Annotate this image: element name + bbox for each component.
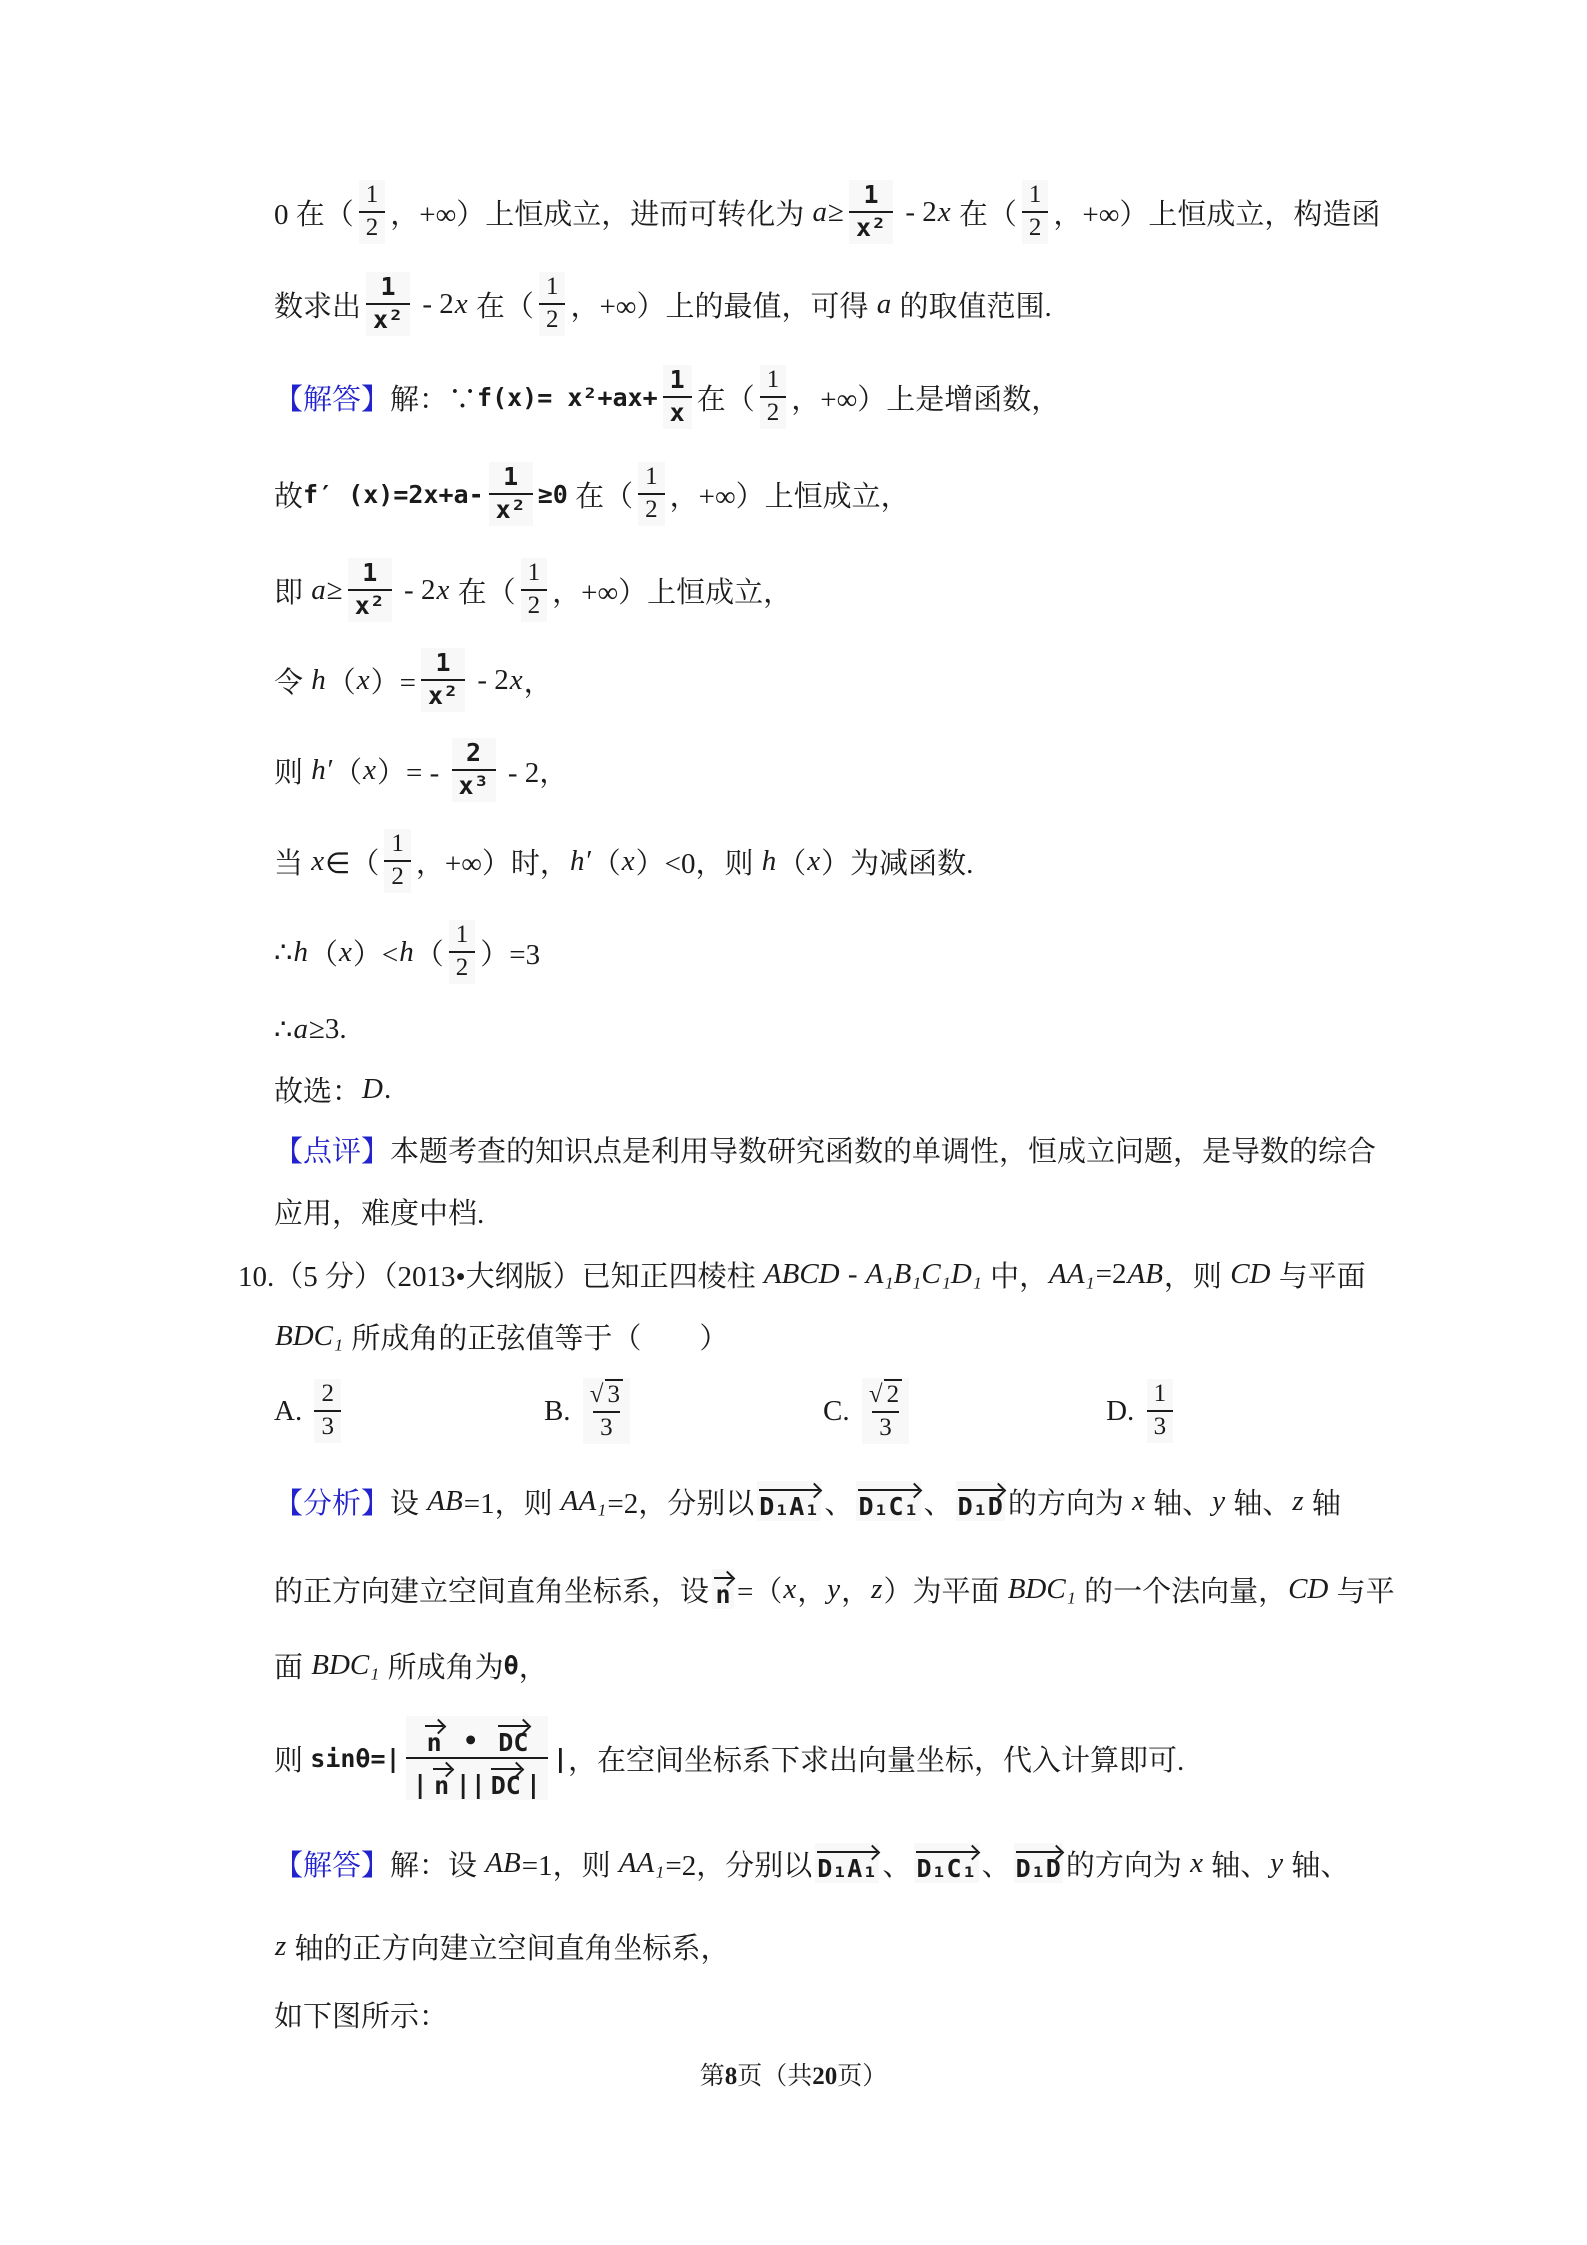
text-run: A. bbox=[274, 1395, 309, 1428]
fraction-denominator: 3 bbox=[593, 1411, 620, 1444]
math-variable: CD bbox=[1229, 1258, 1271, 1291]
vector-notation: DC bbox=[489, 1760, 523, 1799]
fraction-numerator: 1 bbox=[359, 180, 386, 211]
fraction-numerator: 1 bbox=[496, 462, 525, 493]
fraction-denominator: 2 bbox=[760, 396, 787, 429]
define-h-line: 令 h（x）=1x² - 2x， bbox=[274, 636, 1454, 724]
text-run: 的方向为 bbox=[1066, 1843, 1189, 1884]
fraction-denominator: x bbox=[663, 396, 692, 429]
text-run: （ bbox=[415, 932, 444, 973]
math-fraction: 1x² bbox=[421, 648, 465, 712]
math-variable: x bbox=[806, 845, 821, 878]
math-variable: z bbox=[870, 1573, 883, 1606]
vector-name: D₁A₁ bbox=[815, 1856, 879, 1882]
math-variable: CD bbox=[1287, 1573, 1329, 1606]
math-variable: h bbox=[398, 936, 415, 969]
h-derivative-line: 则 h′（x）= - 2x³ - 2， bbox=[274, 724, 1454, 816]
radical-icon: √ bbox=[869, 1381, 883, 1410]
radicand: 2 bbox=[884, 1379, 903, 1410]
text-run: （ bbox=[777, 841, 806, 882]
math-fraction: 1x bbox=[663, 365, 692, 429]
text-run: 应用，难度中档. bbox=[274, 1191, 484, 1232]
text-run: ）= bbox=[371, 660, 416, 701]
text-run: 故选： bbox=[274, 1069, 361, 1110]
text-run: ， bbox=[797, 1569, 826, 1610]
math-fraction: 12 bbox=[1022, 180, 1049, 244]
text-run: ，则 bbox=[1164, 1254, 1229, 1295]
text-run: 中， bbox=[983, 1254, 1048, 1295]
math-variable: AB bbox=[426, 1485, 463, 1518]
vector-arrow-icon bbox=[815, 1843, 879, 1856]
math-variable: x bbox=[454, 288, 469, 321]
formula-text: f(x)= x²+ax+ bbox=[477, 383, 658, 412]
vector-notation: n bbox=[431, 1760, 453, 1799]
text-run: . bbox=[384, 1073, 391, 1106]
vector-notation: D₁A₁ bbox=[757, 1481, 821, 1520]
text-run: ，+∞）上的最值，可得 bbox=[570, 284, 875, 325]
fraction-numerator: 1 bbox=[1147, 1379, 1174, 1410]
text-run: ）= - bbox=[377, 750, 447, 791]
vector-name: D₁D bbox=[956, 1494, 1005, 1520]
fraction-numerator: 1 bbox=[539, 272, 566, 303]
question-10-stem-2: BDC₁ 所成角的正弦值等于（ ） bbox=[274, 1306, 1454, 1366]
text-run: ，+∞）上恒成立，进而可转化为 bbox=[390, 192, 811, 233]
text-run: 在（ bbox=[952, 192, 1017, 233]
analysis-continuation-line-2: 面 BDC₁ 所成角为θ， bbox=[274, 1632, 1454, 1698]
text-run: 设 bbox=[390, 1481, 426, 1522]
vector-notation: DC bbox=[496, 1717, 530, 1756]
text-run: 如下图所示： bbox=[274, 1994, 448, 2035]
text-run: ∴ bbox=[274, 935, 292, 970]
math-variable: AA₁ bbox=[560, 1485, 608, 1518]
solution-continuation-line-2: 数求出1x² - 2x 在（12，+∞）上的最值，可得 a 的取值范围. bbox=[274, 258, 1454, 350]
math-variable: y bbox=[1269, 1847, 1284, 1880]
vector-arrow-icon bbox=[1014, 1843, 1063, 1856]
math-variable: AB bbox=[484, 1847, 521, 1880]
text-run: 数求出 bbox=[274, 284, 361, 325]
fraction-denominator: 2 bbox=[384, 860, 411, 893]
fraction-denominator: 2 bbox=[449, 951, 476, 984]
radicand: 3 bbox=[605, 1379, 624, 1410]
text-run: - 2， bbox=[501, 750, 569, 791]
inequality-line: 即 a≥1x² - 2x 在（12，+∞）上恒成立， bbox=[274, 544, 1454, 636]
derivative-condition-line: 故f′ (x)=2x+a-1x²≥0 在（12，+∞）上恒成立， bbox=[274, 444, 1454, 544]
formula-text: sinθ=| bbox=[310, 1744, 400, 1773]
solve-continuation-line: z 轴的正方向建立空间直角坐标系， bbox=[274, 1908, 1454, 1984]
math-fraction: √23 bbox=[862, 1378, 909, 1444]
section-label: 【分析】 bbox=[274, 1481, 390, 1522]
math-fraction: 13 bbox=[1147, 1379, 1174, 1443]
text-run: ∈（ bbox=[325, 841, 379, 882]
text-run: 则 bbox=[274, 750, 310, 791]
fraction-denominator: x² bbox=[849, 211, 893, 244]
vector-name: DC bbox=[496, 1730, 530, 1756]
fraction-numerator: 1 bbox=[521, 558, 548, 589]
text-run: ≥3. bbox=[309, 1013, 347, 1046]
math-fraction: 12 bbox=[359, 180, 386, 244]
text-run: （ bbox=[592, 841, 621, 882]
vector-notation: D₁C₁ bbox=[856, 1481, 920, 1520]
math-variable: h′ bbox=[310, 754, 333, 787]
formula-text: • bbox=[448, 1727, 493, 1756]
fraction-denominator: x² bbox=[489, 493, 533, 526]
text-run: ）<0，则 bbox=[636, 841, 761, 882]
math-fraction: 12 bbox=[638, 462, 665, 526]
vector-notation: n bbox=[423, 1717, 445, 1756]
section-label: 【解答】 bbox=[274, 1843, 390, 1884]
vector-notation: D₁C₁ bbox=[914, 1843, 978, 1882]
math-variable: A₁B₁C₁D₁ bbox=[865, 1258, 983, 1291]
vector-name: D₁C₁ bbox=[914, 1856, 978, 1882]
math-variable: BDC₁ bbox=[1007, 1573, 1077, 1606]
footer-text-prefix: 第 bbox=[700, 2063, 725, 2090]
text-run: - 2 bbox=[898, 196, 937, 229]
fraction-denominator: x³ bbox=[452, 769, 496, 802]
fraction-numerator: 1 bbox=[374, 272, 403, 303]
math-variable: h′ bbox=[569, 845, 592, 878]
vector-arrow-icon bbox=[496, 1717, 530, 1730]
math-variable: x bbox=[509, 664, 524, 697]
fraction-denominator: x² bbox=[421, 679, 465, 712]
text-run: ， bbox=[841, 1569, 870, 1610]
text-run: =（ bbox=[737, 1569, 782, 1610]
vector-name: n bbox=[712, 1582, 734, 1608]
solution-continuation-line-1: 0 在（12，+∞）上恒成立，进而可转化为 a≥1x² - 2x 在（12，+∞… bbox=[274, 166, 1454, 258]
document-page: 0 在（12，+∞）上恒成立，进而可转化为 a≥1x² - 2x 在（12，+∞… bbox=[0, 0, 1587, 2245]
math-variable: BDC₁ bbox=[310, 1649, 380, 1682]
text-run: ）=3 bbox=[480, 932, 540, 973]
formula-text: | bbox=[526, 1771, 541, 1800]
vector-name: D₁D bbox=[1014, 1856, 1063, 1882]
text-run: 故 bbox=[274, 474, 303, 515]
footer-text-suffix: 页） bbox=[837, 2063, 887, 2090]
math-fraction: 1x² bbox=[849, 180, 893, 244]
fraction-denominator: |n||DC| bbox=[406, 1757, 548, 1800]
text-run: 轴的正方向建立空间直角坐标系， bbox=[287, 1926, 729, 1967]
math-variable: x bbox=[1131, 1485, 1146, 1518]
text-run: 令 bbox=[274, 660, 310, 701]
math-variable: h bbox=[761, 845, 778, 878]
vector-arrow-icon bbox=[423, 1717, 445, 1730]
text-run: - 2 bbox=[415, 288, 454, 321]
fraction-numerator: 1 bbox=[429, 648, 458, 679]
analysis-continuation-line: 的正方向建立空间直角坐标系，设n=（x，y，z）为平面 BDC₁ 的一个法向量，… bbox=[274, 1546, 1454, 1632]
text-run: 轴、 bbox=[1226, 1481, 1291, 1522]
fraction-denominator: 2 bbox=[359, 211, 386, 244]
text-run: （ bbox=[327, 660, 356, 701]
math-variable: ABCD bbox=[763, 1258, 841, 1291]
math-fraction: 12 bbox=[384, 829, 411, 893]
text-run: 、 bbox=[824, 1481, 853, 1522]
text-run: =2，分别以 bbox=[665, 1843, 812, 1884]
text-run: D. bbox=[1106, 1395, 1141, 1428]
vector-arrow-icon bbox=[757, 1481, 821, 1494]
fraction-denominator: 3 bbox=[314, 1410, 341, 1443]
radical-icon: √ bbox=[590, 1381, 604, 1410]
text-run: ，+∞）上恒成立， bbox=[670, 474, 910, 515]
vector-arrow-icon bbox=[956, 1481, 1005, 1494]
math-variable: a bbox=[812, 196, 829, 229]
fraction-numerator: 1 bbox=[856, 180, 885, 211]
math-variable: x bbox=[362, 754, 377, 787]
document-body: 0 在（12，+∞）上恒成立，进而可转化为 a≥1x² - 2x 在（12，+∞… bbox=[274, 166, 1454, 2044]
math-variable: a bbox=[292, 1013, 309, 1046]
answer-label-line: 【解答】解：∵f(x)= x²+ax+1x在（12，+∞）上是增函数， bbox=[274, 350, 1454, 444]
text-run: 在（ bbox=[697, 377, 755, 418]
solve-label-line: 【解答】解：设 AB=1，则 AA₁=2，分别以D₁A₁、D₁C₁、D₁D的方向… bbox=[274, 1818, 1454, 1908]
text-run: ）< bbox=[353, 932, 398, 973]
text-run: （ bbox=[333, 750, 362, 791]
text-run: 轴、 bbox=[1284, 1843, 1349, 1884]
formula-text: || bbox=[456, 1771, 486, 1800]
formula-text: f′ (x)=2x+a- bbox=[303, 480, 484, 509]
math-variable: a bbox=[310, 574, 327, 607]
fraction-denominator: 3 bbox=[872, 1411, 899, 1444]
options-row: A. 23B. √33C. √23D. 13 bbox=[274, 1366, 1454, 1456]
text-run: ， bbox=[519, 1645, 548, 1686]
math-variable: a bbox=[876, 288, 893, 321]
analysis-label-line: 【分析】设 AB=1，则 AA₁=2，分别以D₁A₁、D₁C₁、D₁D的方向为 … bbox=[274, 1456, 1454, 1546]
fraction-numerator: n • DC bbox=[413, 1716, 540, 1757]
section-label: 【解答】 bbox=[274, 377, 390, 418]
text-run: - 2 bbox=[470, 664, 509, 697]
vector-name: DC bbox=[489, 1773, 523, 1799]
sine-formula-line: 则 sinθ=|n • DC|n||DC||，在空间坐标系下求出向量坐标，代入计… bbox=[274, 1698, 1454, 1818]
math-fraction: √33 bbox=[583, 1378, 630, 1444]
math-fraction: 23 bbox=[314, 1379, 341, 1443]
math-variable: x bbox=[356, 664, 371, 697]
section-label: 【点评】 bbox=[274, 1129, 390, 1170]
text-run: 的正方向建立空间直角坐标系，设 bbox=[274, 1569, 709, 1610]
text-run: 10.（5 分）（2013•大纲版）已知正四棱柱 bbox=[238, 1254, 763, 1295]
text-run: 的取值范围. bbox=[892, 284, 1052, 325]
math-variable: h bbox=[310, 664, 327, 697]
text-run: 面 bbox=[274, 1645, 310, 1686]
math-variable: D bbox=[361, 1073, 384, 1106]
text-run: - bbox=[841, 1258, 865, 1291]
text-run: C. bbox=[823, 1395, 857, 1428]
fraction-numerator: 1 bbox=[760, 365, 787, 396]
fraction-denominator: 2 bbox=[521, 589, 548, 622]
math-variable: AA₁ bbox=[618, 1847, 666, 1880]
footer-total-pages: 20 bbox=[812, 2063, 837, 2090]
formula-text: ≥0 bbox=[538, 480, 568, 509]
math-variable: y bbox=[1211, 1485, 1226, 1518]
math-variable: h bbox=[292, 936, 309, 969]
fraction-numerator: 2 bbox=[314, 1379, 341, 1410]
math-fraction: 1x² bbox=[366, 272, 410, 336]
text-run: ≥ bbox=[327, 574, 343, 607]
fraction-numerator: 2 bbox=[459, 738, 488, 769]
vector-notation: D₁A₁ bbox=[815, 1843, 879, 1882]
spacer bbox=[635, 1411, 823, 1412]
math-variable: x bbox=[1189, 1847, 1204, 1880]
text-run: 解：设 bbox=[390, 1843, 484, 1884]
math-fraction: 12 bbox=[539, 272, 566, 336]
fraction-numerator: 1 bbox=[384, 829, 411, 860]
text-run: 轴 bbox=[1305, 1481, 1341, 1522]
text-run: ，+∞）上恒成立， bbox=[552, 570, 792, 611]
text-run: ，在空间坐标系下求出向量坐标，代入计算即可. bbox=[568, 1738, 1184, 1779]
fraction-numerator: 1 bbox=[355, 558, 384, 589]
text-run: ，+∞）时， bbox=[416, 841, 569, 882]
text-run: 在（ bbox=[568, 474, 633, 515]
text-run: 在（ bbox=[469, 284, 534, 325]
vector-arrow-icon bbox=[856, 1481, 920, 1494]
fraction-numerator: 1 bbox=[638, 462, 665, 493]
footer-text-middle: 页（共 bbox=[737, 2063, 812, 2090]
vector-name: n bbox=[431, 1773, 453, 1799]
text-run: 与平面 bbox=[1271, 1254, 1365, 1295]
fraction-numerator: √2 bbox=[862, 1378, 909, 1411]
answer-choice-line: 故选：D. bbox=[274, 1060, 1454, 1118]
text-run: 、 bbox=[982, 1843, 1011, 1884]
text-run: =2 bbox=[1096, 1258, 1127, 1291]
vector-name: n bbox=[423, 1730, 445, 1756]
math-variable: x bbox=[782, 1573, 797, 1606]
text-run: 轴、 bbox=[1204, 1843, 1269, 1884]
vector-notation: D₁D bbox=[956, 1481, 1005, 1520]
math-variable: z bbox=[274, 1930, 287, 1963]
vector-arrow-icon bbox=[712, 1569, 734, 1582]
text-run: 所成角的正弦值等于（ ） bbox=[344, 1316, 728, 1357]
math-variable: x bbox=[310, 845, 325, 878]
text-run: ≥ bbox=[828, 196, 844, 229]
math-variable: y bbox=[826, 1573, 841, 1606]
math-fraction: 12 bbox=[521, 558, 548, 622]
text-run: =2，分别以 bbox=[607, 1481, 754, 1522]
text-run: 则 bbox=[274, 1738, 310, 1779]
text-run: ，+∞）上恒成立，构造函 bbox=[1053, 192, 1380, 233]
text-run: 当 bbox=[274, 841, 310, 882]
text-run: =1，则 bbox=[464, 1481, 560, 1522]
text-run: 在（ bbox=[450, 570, 515, 611]
fraction-denominator: 2 bbox=[539, 303, 566, 336]
math-fraction: 12 bbox=[760, 365, 787, 429]
vector-name: D₁C₁ bbox=[856, 1494, 920, 1520]
text-run: 的一个法向量， bbox=[1077, 1569, 1287, 1610]
formula-text: θ bbox=[504, 1651, 519, 1680]
text-run: 本题考查的知识点是利用导数研究函数的单调性，恒成立问题，是导数的综合 bbox=[390, 1129, 1376, 1170]
math-variable: AB bbox=[1126, 1258, 1163, 1291]
fraction-denominator: 2 bbox=[638, 493, 665, 526]
math-fraction: 1x² bbox=[348, 558, 392, 622]
vector-arrow-icon bbox=[431, 1760, 453, 1773]
h-bound-line: ∴h（x）<h（12）=3 bbox=[274, 906, 1454, 998]
math-variable: BDC₁ bbox=[274, 1320, 344, 1353]
text-run: 的方向为 bbox=[1008, 1481, 1131, 1522]
math-variable: x bbox=[937, 196, 952, 229]
fraction-numerator: 1 bbox=[1022, 180, 1049, 211]
text-run: - 2 bbox=[397, 574, 436, 607]
math-variable: x bbox=[435, 574, 450, 607]
text-run: 与平 bbox=[1329, 1569, 1394, 1610]
formula-text: | bbox=[413, 1771, 428, 1800]
math-fraction: 2x³ bbox=[452, 738, 496, 802]
math-fraction: 1x² bbox=[489, 462, 533, 526]
text-run: 、 bbox=[882, 1843, 911, 1884]
monotonic-line: 当 x∈（12，+∞）时，h′（x）<0，则 h（x）为减函数. bbox=[274, 816, 1454, 906]
vector-arrow-icon bbox=[914, 1843, 978, 1856]
text-run: 轴、 bbox=[1146, 1481, 1211, 1522]
text-run: 解：∵ bbox=[390, 377, 477, 418]
text-run: （ bbox=[309, 932, 338, 973]
vector-notation: D₁D bbox=[1014, 1843, 1063, 1882]
fraction-denominator: 3 bbox=[1147, 1410, 1174, 1443]
vector-arrow-icon bbox=[489, 1760, 523, 1773]
a-conclusion-line: ∴a≥3. bbox=[274, 998, 1454, 1060]
fraction-numerator: √3 bbox=[583, 1378, 630, 1411]
math-fraction: 12 bbox=[449, 920, 476, 984]
fraction-denominator: x² bbox=[348, 589, 392, 622]
fraction-denominator: x² bbox=[366, 303, 410, 336]
math-fraction: n • DC|n||DC| bbox=[406, 1716, 548, 1801]
spacer bbox=[914, 1411, 1106, 1412]
text-run: B. bbox=[544, 1395, 578, 1428]
question-10-stem: 10.（5 分）（2013•大纲版）已知正四棱柱 ABCD - A₁B₁C₁D₁… bbox=[238, 1242, 1454, 1306]
text-run: ， bbox=[524, 660, 553, 701]
text-run: 、 bbox=[924, 1481, 953, 1522]
spacer bbox=[346, 1411, 544, 1412]
formula-text: | bbox=[553, 1744, 568, 1773]
text-run: ）为减函数. bbox=[821, 841, 973, 882]
math-variable: AA₁ bbox=[1048, 1258, 1096, 1291]
text-run: =1，则 bbox=[522, 1843, 618, 1884]
math-variable: x bbox=[621, 845, 636, 878]
text-run: 0 在（ bbox=[274, 192, 354, 233]
fraction-numerator: 1 bbox=[663, 365, 692, 396]
vector-name: D₁A₁ bbox=[757, 1494, 821, 1520]
text-run: 即 bbox=[274, 570, 310, 611]
page-footer: 第8页（共20页） bbox=[0, 2056, 1587, 2092]
fraction-denominator: 2 bbox=[1022, 211, 1049, 244]
text-run: ）为平面 bbox=[883, 1569, 1006, 1610]
figure-intro-line: 如下图所示： bbox=[274, 1984, 1454, 2044]
footer-page-number: 8 bbox=[725, 2063, 738, 2090]
text-run: ，+∞）上是增函数， bbox=[791, 377, 1060, 418]
vector-notation: n bbox=[712, 1569, 734, 1608]
comment-label-line: 【点评】本题考查的知识点是利用导数研究函数的单调性，恒成立问题，是导数的综合 bbox=[274, 1118, 1454, 1180]
math-variable: x bbox=[338, 936, 353, 969]
fraction-numerator: 1 bbox=[449, 920, 476, 951]
text-run: 所成角为 bbox=[380, 1645, 503, 1686]
comment-continuation-line: 应用，难度中档. bbox=[274, 1180, 1454, 1242]
math-variable: z bbox=[1291, 1485, 1304, 1518]
text-run: ∴ bbox=[274, 1012, 292, 1047]
